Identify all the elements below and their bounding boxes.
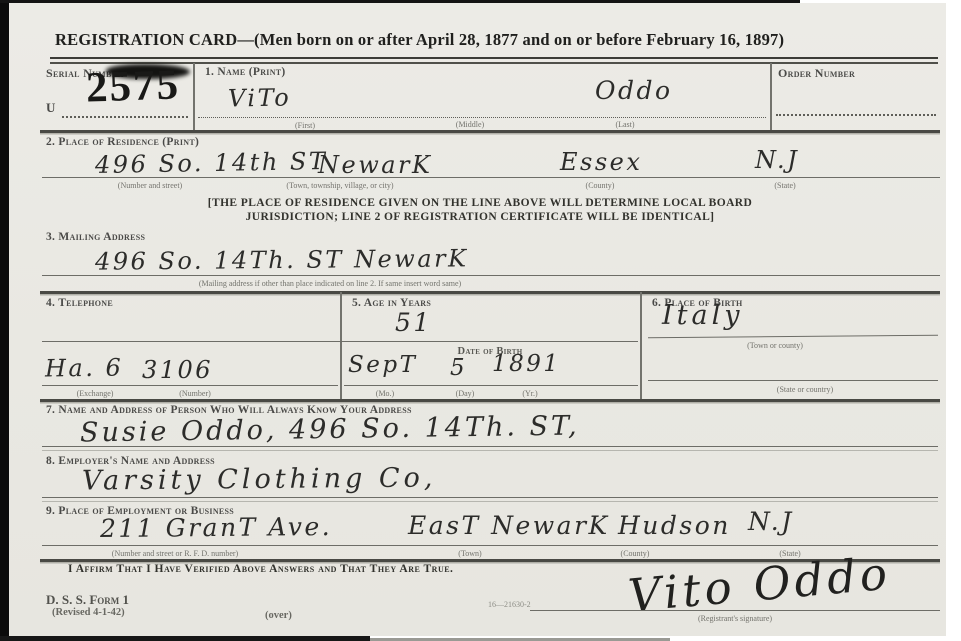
employment-town: EasT NewarK: [408, 511, 610, 540]
jurisdiction-notice-line2: JURISDICTION; LINE 2 OF REGISTRATION CER…: [246, 211, 715, 223]
section-divider-2: [40, 291, 940, 294]
residence-entry-line: [42, 177, 940, 178]
scan-edge-left: [0, 0, 9, 641]
divider-name-order: [770, 63, 772, 131]
birthplace-sub-state: (State or country): [777, 385, 833, 394]
registrant-first-name: ViTo: [228, 83, 292, 112]
telephone-entry-line: [42, 385, 338, 386]
signature-sub: (Registrant's signature): [698, 614, 772, 623]
telephone-number: 3106: [142, 356, 213, 384]
dob-sub-day: (Day): [456, 389, 475, 398]
affirmation-text: I Affirm That I Have Verified Above Answ…: [68, 563, 453, 575]
form-revision: (Revised 4-1-42): [52, 607, 125, 618]
name-sub-first: (First): [295, 121, 315, 130]
telephone-exchange: Ha. 6: [45, 353, 124, 382]
employment-sub-county: (County): [621, 549, 650, 558]
employment-sub-town: (Town): [458, 549, 481, 558]
mailing-address-value: 496 So. 14Th. ST NewarK: [95, 244, 469, 275]
employment-street: 211 GranT Ave.: [100, 512, 332, 543]
employment-state: N.J: [748, 507, 794, 536]
header-rule: [50, 57, 938, 64]
name-entry-line: [198, 117, 766, 118]
residence-county: Essex: [560, 148, 642, 176]
section-divider-1: [40, 130, 940, 133]
divider-serial-name: [193, 63, 195, 131]
dob-sub-year: (Yr.): [522, 389, 537, 398]
residence-sub-town: (Town, township, village, or city): [286, 181, 393, 190]
mailing-entry-line: [42, 275, 940, 276]
telephone-sub-exchange: (Exchange): [77, 389, 114, 398]
dob-day: 5: [450, 355, 467, 381]
residence-label: 2. Place of Residence (Print): [46, 136, 199, 148]
jurisdiction-notice-line1: [THE PLACE OF RESIDENCE GIVEN ON THE LIN…: [208, 197, 752, 209]
form-number: D. S. S. Form 1: [46, 592, 129, 608]
residence-state: N.J: [755, 146, 799, 174]
employment-entry-line: [42, 545, 938, 546]
name-sub-last: (Last): [615, 120, 634, 129]
residence-sub-state: (State): [774, 181, 795, 190]
section-divider-3: [40, 399, 940, 402]
contact-entry-line: [42, 446, 938, 447]
dob-entry-line: [344, 385, 638, 386]
birthplace-sub-town: (Town or county): [747, 341, 803, 350]
contact-entry-line-2: [42, 450, 938, 451]
birthplace-state-line: [648, 380, 938, 381]
employment-sub-street: (Number and street or R. F. D. number): [112, 549, 238, 558]
scanned-form: REGISTRATION CARD—(Men born on or after …: [0, 0, 961, 641]
registrant-signature: Vito Oddo: [626, 547, 893, 623]
employment-county: Hudson: [618, 511, 731, 540]
registrant-last-name: Oddo: [595, 76, 673, 105]
dob-month: SepT: [348, 352, 417, 378]
over-note: (over): [265, 610, 292, 621]
serial-entry-line: [62, 116, 188, 118]
serial-prefix: U: [46, 100, 56, 116]
birthplace-value: Italy: [662, 300, 744, 331]
residence-sub-street: (Number and street): [118, 181, 182, 190]
employer-entry-line-2: [42, 501, 938, 502]
age-entry-line: [42, 341, 638, 342]
divider-age-birthplace: [640, 292, 642, 400]
age-value: 51: [395, 308, 432, 337]
residence-town: NewarK: [318, 151, 432, 179]
form-title: REGISTRATION CARD—(Men born on or after …: [55, 30, 784, 50]
serial-number-value: 2575: [85, 60, 181, 112]
name-label: 1. Name (Print): [205, 66, 286, 78]
order-number-label: Order Number: [778, 66, 855, 81]
divider-telephone-age: [340, 292, 342, 400]
residence-street: 496 So. 14th ST: [95, 147, 328, 179]
print-code: 16—21630-2: [488, 600, 531, 609]
birthplace-entry-line: [648, 335, 938, 339]
scan-edge-bottom: [0, 636, 370, 641]
scan-edge-top: [0, 0, 800, 3]
contact-value: Susie Oddo, 496 So. 14Th. ST,: [80, 411, 580, 449]
employer-value: Varsity Clothing Co,: [82, 462, 437, 496]
telephone-label: 4. Telephone: [46, 297, 113, 309]
mailing-sub: (Mailing address if other than place ind…: [199, 279, 461, 288]
mailing-address-label: 3. Mailing Address: [46, 231, 145, 243]
name-sub-middle: (Middle): [456, 120, 484, 129]
dob-year: 1891: [492, 351, 561, 377]
signature-line: [530, 610, 940, 611]
dob-sub-month: (Mo.): [376, 389, 394, 398]
employer-entry-line: [42, 497, 938, 498]
order-number-entry-line: [776, 114, 936, 116]
residence-sub-county: (County): [586, 181, 615, 190]
scanned-registration-card: { "header": { "title": "REGISTRATION CAR…: [0, 0, 961, 641]
telephone-sub-number: (Number): [179, 389, 211, 398]
